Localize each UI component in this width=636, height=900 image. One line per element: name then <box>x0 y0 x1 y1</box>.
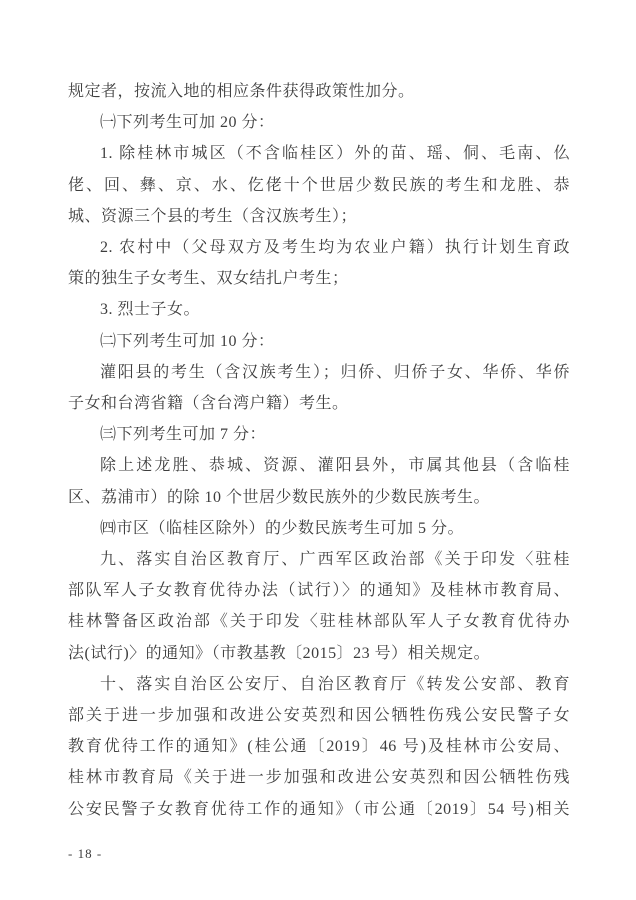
text-line: 1. 除桂林市城区（不含临桂区）外的苗、瑶、侗、毛南、仫 <box>68 138 570 169</box>
text-line: 除上述龙胜、恭城、资源、灌阳县外，市属其他县（含临桂 <box>68 450 570 481</box>
text-line: ㈢下列考生可加 7 分： <box>68 419 570 450</box>
text-line: 法(试行)〉的通知》（市教基教〔2015〕23 号）相关规定。 <box>68 638 570 669</box>
text-line: 部队军人子女教育优待办法（试行）〉的通知》及桂林市教育局、 <box>68 575 570 606</box>
text-line: 策的独生子女考生、双女结扎户考生； <box>68 263 570 294</box>
text-line: ㈡下列考生可加 10 分： <box>68 326 570 357</box>
text-line: ㈠下列考生可加 20 分： <box>68 107 570 138</box>
text-line: 灌阳县的考生（含汉族考生）；归侨、归侨子女、华侨、华侨 <box>68 357 570 388</box>
document-body: 规定者，按流入地的相应条件获得政策性加分。㈠下列考生可加 20 分：1. 除桂林… <box>68 76 570 825</box>
text-line: 佬、回、彝、京、水、仡佬十个世居少数民族的考生和龙胜、恭 <box>68 170 570 201</box>
text-line: 十、落实自治区公安厅、自治区教育厅《转发公安部、教育 <box>68 669 570 700</box>
document-page: 规定者，按流入地的相应条件获得政策性加分。㈠下列考生可加 20 分：1. 除桂林… <box>0 0 636 900</box>
text-line: 桂林警备区政治部《关于印发〈驻桂林部队军人子女教育优待办 <box>68 606 570 637</box>
text-line: 公安民警子女教育优待工作的通知》（市公通〔2019〕54 号)相关 <box>68 794 570 825</box>
text-line: 3. 烈士子女。 <box>68 294 570 325</box>
text-line: 城、资源三个县的考生（含汉族考生）； <box>68 201 570 232</box>
text-line: 九、落实自治区教育厅、广西军区政治部《关于印发〈驻桂 <box>68 544 570 575</box>
text-line: 规定者，按流入地的相应条件获得政策性加分。 <box>68 76 570 107</box>
text-line: 部关于进一步加强和改进公安英烈和因公牺牲伤残公安民警子女 <box>68 700 570 731</box>
text-line: 2. 农村中（父母双方及考生均为农业户籍）执行计划生育政 <box>68 232 570 263</box>
text-line: 区、荔浦市）的除 10 个世居少数民族外的少数民族考生。 <box>68 482 570 513</box>
text-line: 教育优待工作的通知》(桂公通〔2019〕46 号)及桂林市公安局、 <box>68 731 570 762</box>
page-number: - 18 - <box>68 846 102 862</box>
text-line: 子女和台湾省籍（含台湾户籍）考生。 <box>68 388 570 419</box>
text-line: 桂林市教育局《关于进一步加强和改进公安英烈和因公牺牲伤残 <box>68 762 570 793</box>
text-line: ㈣市区（临桂区除外）的少数民族考生可加 5 分。 <box>68 513 570 544</box>
